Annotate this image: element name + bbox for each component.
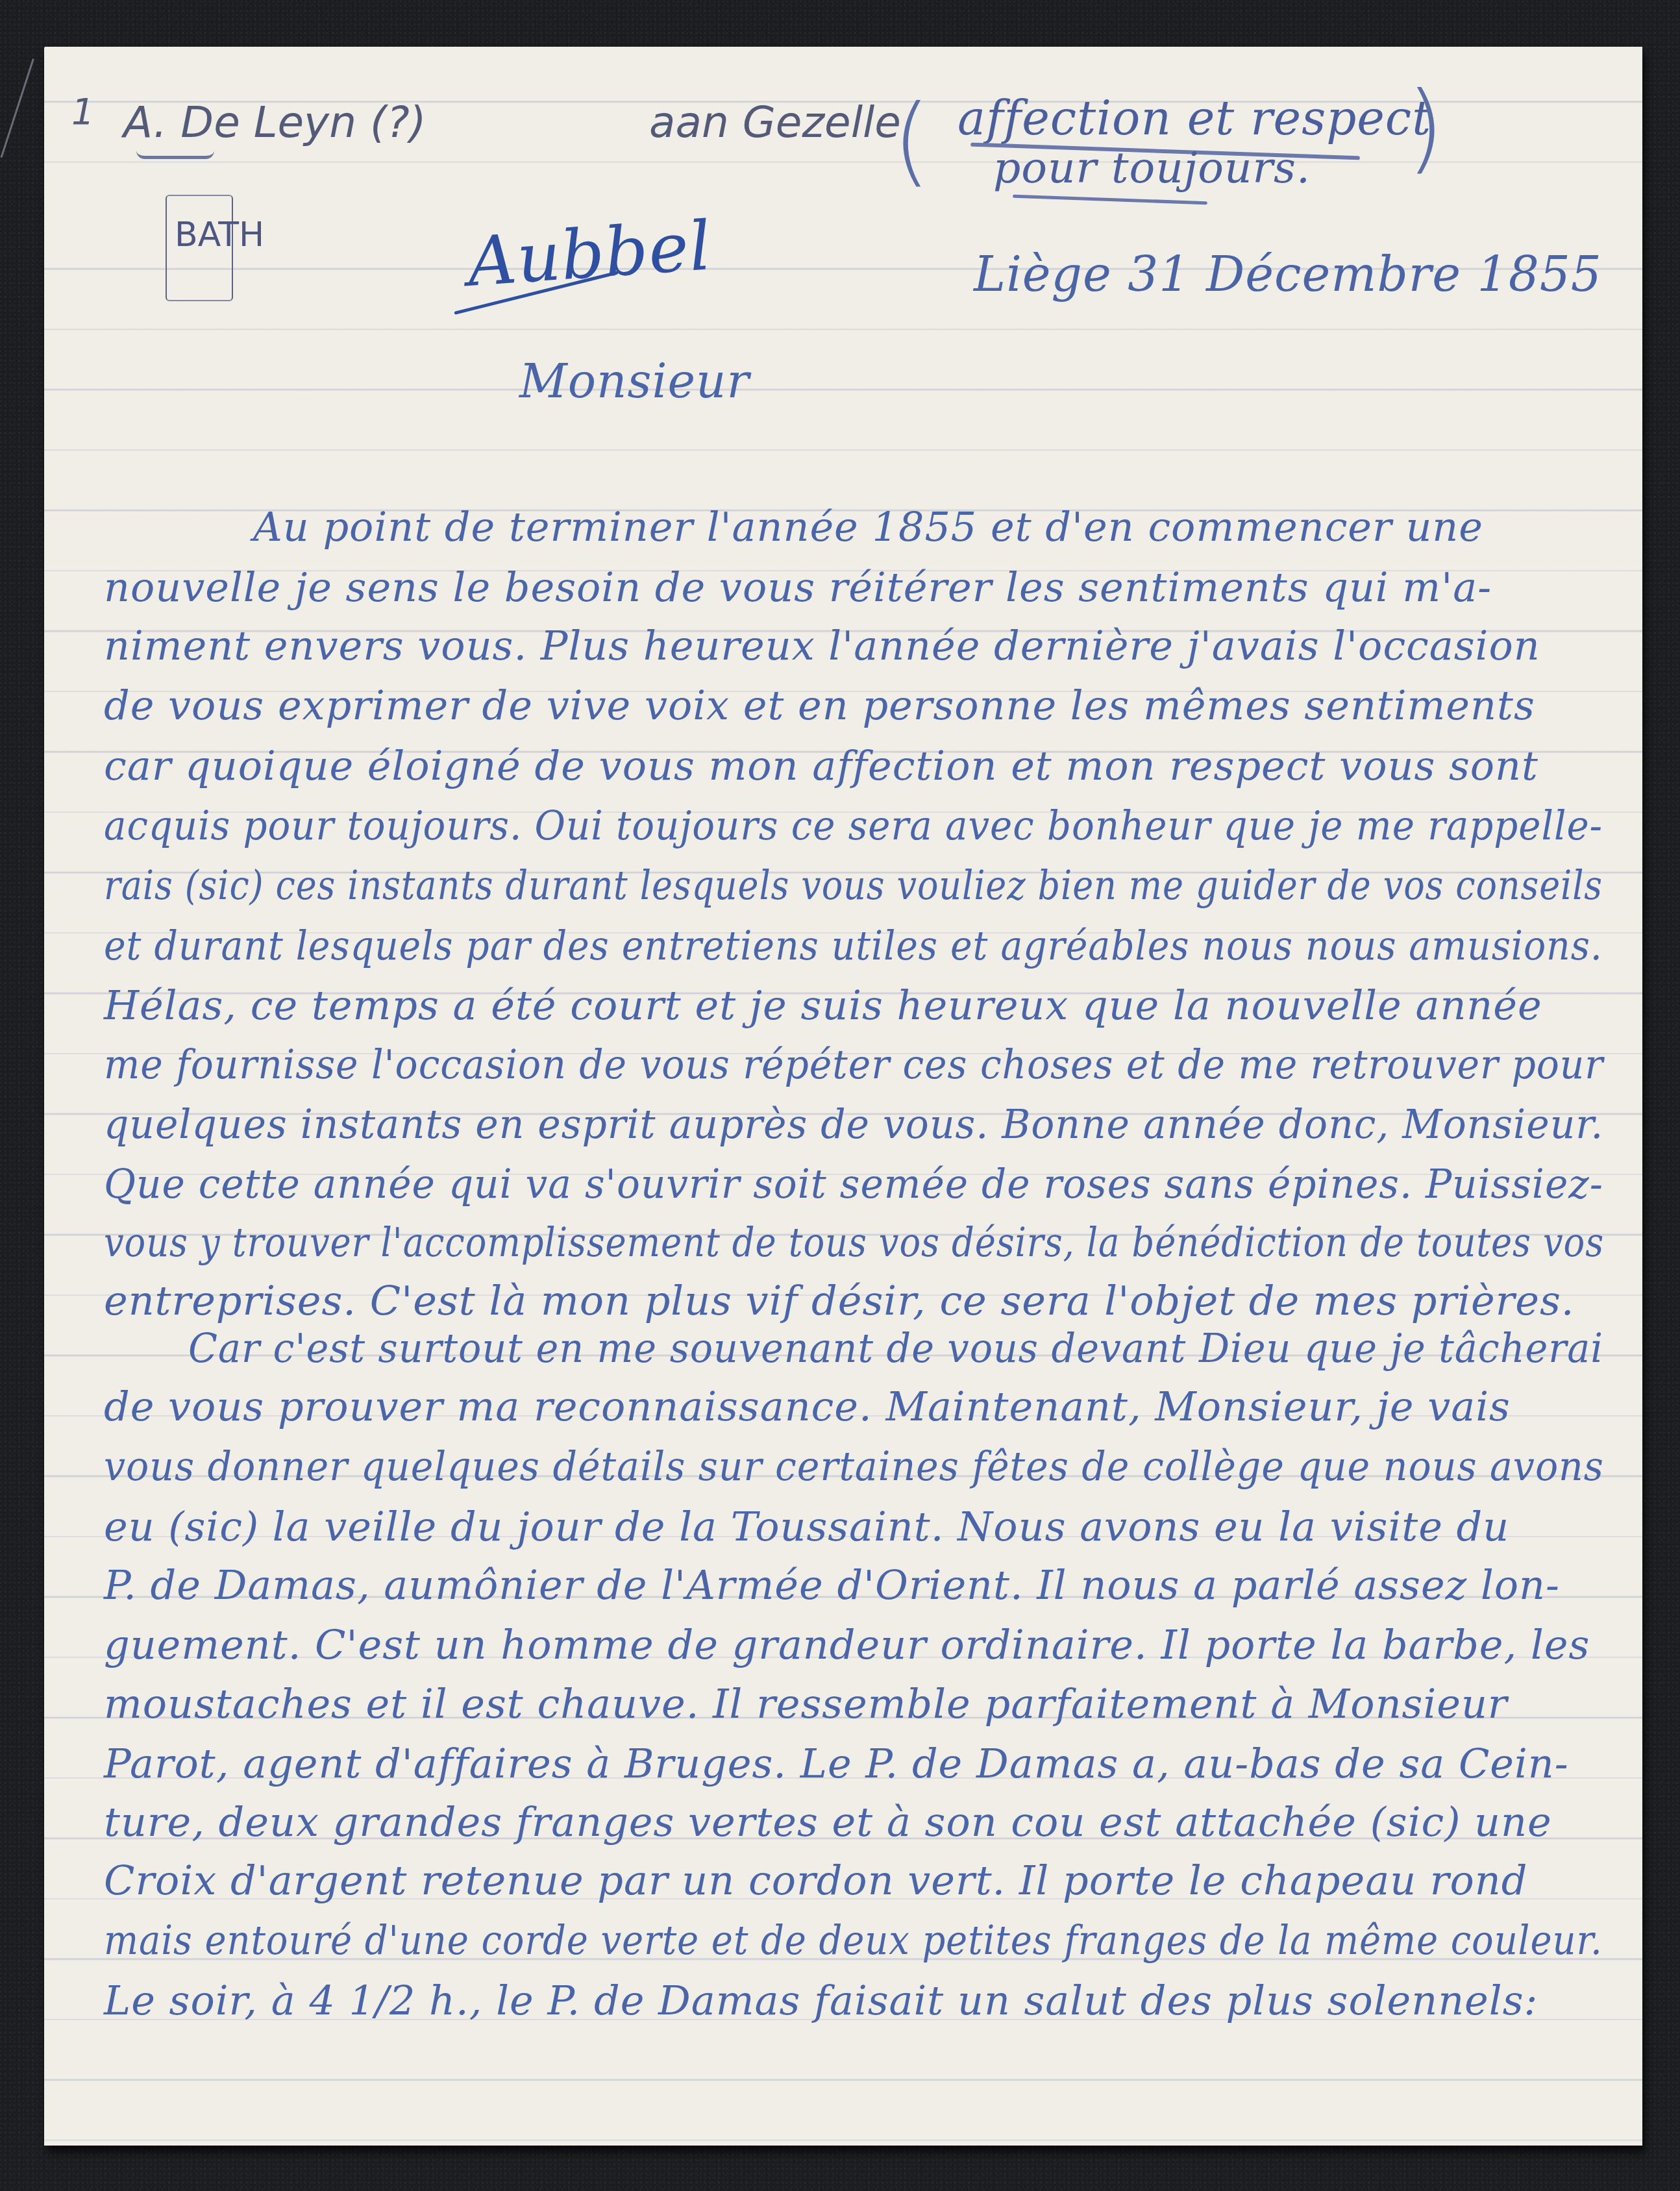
letter-line: moustaches et il est chauve. Il ressembl… [104, 1680, 1508, 1727]
archive-mark-box: BATH [166, 195, 233, 301]
letter-line: Croix d'argent retenue par un cordon ver… [104, 1857, 1527, 1904]
letter-line: me fournisse l'occasion de vous répéter … [104, 1041, 1603, 1088]
letter-line: Le soir, à 4 1/2 h., le P. de Damas fais… [104, 1977, 1538, 2024]
dateline: Liège 31 Décembre 1855 [974, 247, 1602, 303]
letter-line: Que cette année qui va s'ouvrir soit sem… [104, 1160, 1603, 1207]
letter-line: quelques instants en esprit auprès de vo… [104, 1100, 1603, 1148]
letter-line: rais (sic) ces instants durant lesquels … [104, 861, 1603, 909]
author-attribution: A. De Leyn (?) [123, 97, 426, 147]
letter-line: P. de Damas, aumônier de l'Armée d'Orien… [104, 1561, 1560, 1609]
letter-line: guement. C'est un homme de grandeur ordi… [104, 1621, 1590, 1668]
letter-line: vous y trouver l'accomplissement de tous… [104, 1219, 1604, 1266]
note-open-paren: ( [893, 84, 931, 197]
marginal-note-line1: affection et respect [957, 91, 1431, 145]
letter-line: vous donner quelques détails sur certain… [104, 1442, 1604, 1490]
salutation: Monsieur [519, 354, 750, 408]
letter-line: niment envers vous. Plus heureux l'année… [104, 622, 1540, 669]
recipient-attribution: aan Gezelle [649, 97, 901, 147]
letter-line: car quoique éloigné de vous mon affectio… [104, 742, 1538, 789]
margin-page-number: 1 [71, 91, 95, 133]
letter-line: de vous exprimer de vive voix et en pers… [104, 682, 1535, 729]
marginal-note-line2: pour toujours. [993, 143, 1311, 193]
letter-line: Parot, agent d'affaires à Bruges. Le P. … [104, 1740, 1569, 1787]
letter-line: Hélas, ce temps a été court et je suis h… [104, 982, 1542, 1029]
letter-line: eu (sic) la veille du jour de la Toussai… [104, 1503, 1509, 1550]
letter-line: et durant lesquels par des entretiens ut… [104, 922, 1603, 969]
margin-pencil-mark [1, 58, 34, 158]
marginal-note: ( affection et respect pour toujours. ) [893, 71, 1542, 201]
letter-line: nouvelle je sens le besoin de vous réité… [104, 563, 1492, 611]
archive-mark: BATH [175, 216, 264, 254]
letter-line: acquis pour toujours. Oui toujours ce se… [104, 802, 1603, 849]
letter-line: de vous prouver ma reconnaissance. Maint… [104, 1383, 1511, 1430]
letter-line: ture, deux grandes franges vertes et à s… [104, 1798, 1552, 1846]
letter-line: Au point de terminer l'année 1855 et d'e… [253, 503, 1483, 551]
note-close-paren: ) [1406, 71, 1444, 184]
letter-line: entreprises. C'est là mon plus vif désir… [104, 1277, 1575, 1324]
author-underline [136, 151, 214, 159]
letter-line: Car c'est surtout en me souvenant de vou… [188, 1324, 1603, 1372]
letter-line: mais entouré d'une corde verte et de deu… [104, 1916, 1603, 1964]
